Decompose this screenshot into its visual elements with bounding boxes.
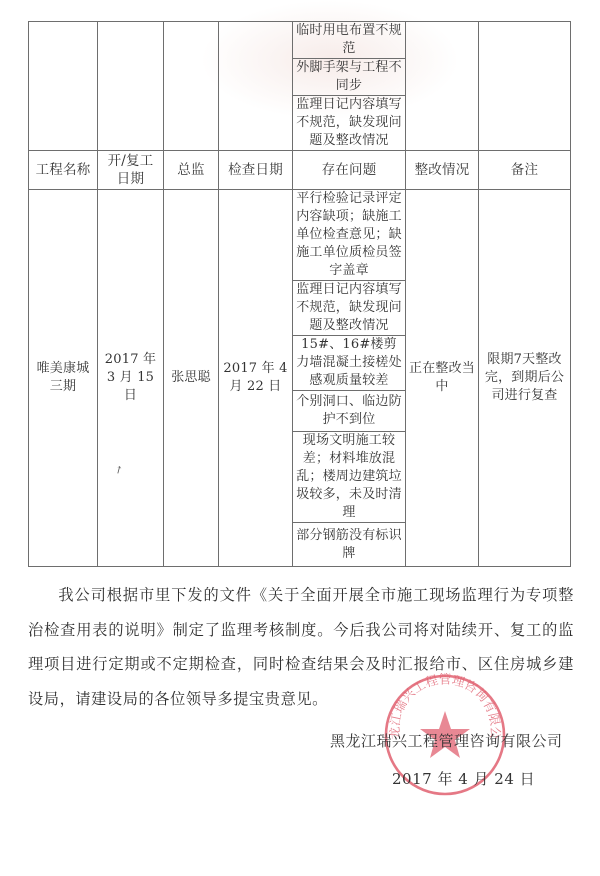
- fragment-cell-rectification: [406, 22, 479, 151]
- issue-cell: 监理日记内容填写不规范，缺发现问题及整改情况: [293, 281, 406, 336]
- issue-cell: 部分钢筋没有标识牌: [293, 523, 406, 567]
- fragment-cell-inspection-date: [219, 22, 293, 151]
- fragment-cell-start-date: [98, 22, 164, 151]
- fragment-cell-project: [29, 22, 98, 151]
- header-issues: 存在问题: [293, 151, 406, 190]
- issue-cell: 平行检验记录评定内容缺项；缺施工单位检查意见；缺施工单位质检员签字盖章: [293, 190, 406, 281]
- issue-cell: 临时用电布置不规范: [293, 22, 406, 59]
- start-date-cell: 2017 年 3 月 15 日: [98, 190, 164, 567]
- header-inspection-date: 检查日期: [219, 151, 293, 190]
- issue-cell: 监理日记内容填写不规范，缺发现问题及整改情况: [293, 96, 406, 151]
- body-paragraph: 我公司根据市里下发的文件《关于全面开展全市施工现场监理行为专项整治检查用表的说明…: [28, 578, 574, 716]
- header-rectification: 整改情况: [406, 151, 479, 190]
- header-start-date: 开/复工日期: [98, 151, 164, 190]
- header-row: 工程名称 开/复工日期 总监 检查日期 存在问题 整改情况 备注: [29, 151, 571, 190]
- inspection-table: 临时用电布置不规范 外脚手架与工程不同步 监理日记内容填写不规范，缺发现问题及整…: [28, 21, 571, 567]
- issue-cell: 15#、16#楼剪力墙混凝土接槎处感观质量较差: [293, 336, 406, 391]
- issue-cell: 个别洞口、临边防护不到位: [293, 391, 406, 432]
- chief-supervisor-cell: 张思聪: [164, 190, 219, 567]
- remarks-cell: 限期7天整改完，到期后公司进行复查: [479, 190, 571, 567]
- fragment-cell-remarks: [479, 22, 571, 151]
- fragment-row: 临时用电布置不规范: [29, 22, 571, 59]
- header-remarks: 备注: [479, 151, 571, 190]
- header-project-name: 工程名称: [29, 151, 98, 190]
- record-row: 唯美康城三期 2017 年 3 月 15 日 张思聪 2017 年 4 月 22…: [29, 190, 571, 281]
- company-signature: 黑龙江瑞兴工程管理咨询有限公司: [330, 730, 563, 751]
- issue-cell: 外脚手架与工程不同步: [293, 59, 406, 96]
- body-text: 我公司根据市里下发的文件《关于全面开展全市施工现场监理行为专项整治检查用表的说明…: [28, 578, 574, 716]
- issue-cell: 现场文明施工较差；材料堆放混乱；楼周边建筑垃圾较多，未及时清理: [293, 432, 406, 523]
- rectification-cell: 正在整改当中: [406, 190, 479, 567]
- fragment-cell-supervisor: [164, 22, 219, 151]
- project-name-cell: 唯美康城三期: [29, 190, 98, 567]
- inspection-date-cell: 2017 年 4 月 22 日: [219, 190, 293, 567]
- header-chief-supervisor: 总监: [164, 151, 219, 190]
- signature-date: 2017 年 4 月 24 日: [392, 768, 535, 789]
